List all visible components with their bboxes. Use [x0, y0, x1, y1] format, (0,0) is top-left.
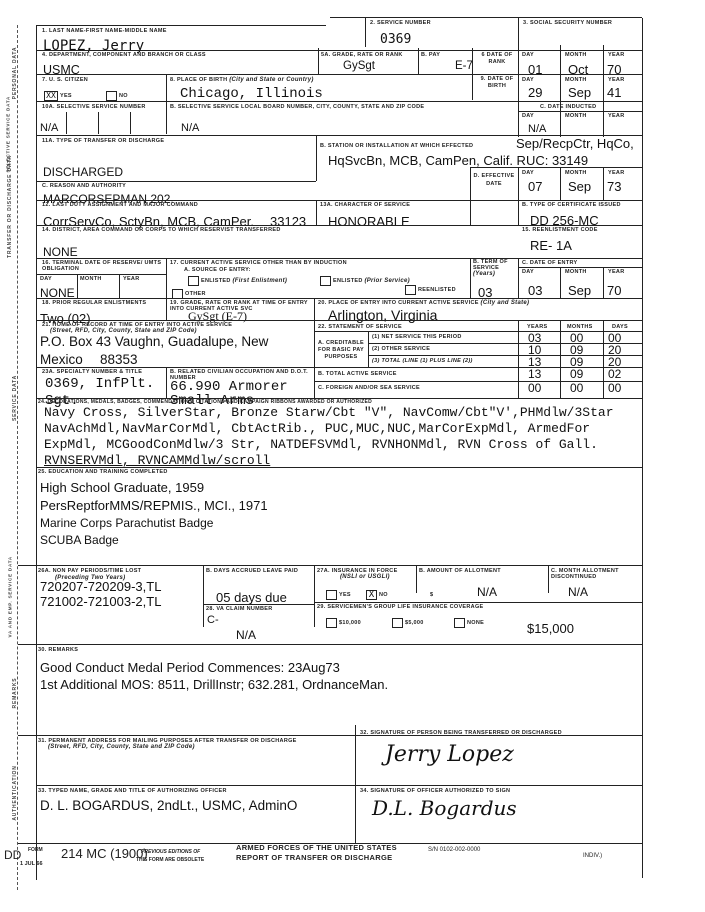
label-entry-month: Month [565, 269, 587, 275]
value-active-months[interactable]: 09 [570, 367, 583, 381]
label-terminal-year: Year [123, 276, 139, 282]
value-allotment-discontinued[interactable]: N/A [568, 585, 588, 599]
signature-officer: D.L. Bogardus [372, 796, 517, 820]
sgli-none-checkbox[interactable] [454, 618, 465, 628]
label-current-active-service: 17. Current active service other than by… [170, 260, 347, 266]
value-education-line2[interactable]: PersReptforMMS/REPMIS., MCI., 1971 [40, 498, 268, 513]
footer-form-number: 214 MC (1900) [61, 846, 148, 861]
value-home-of-record-zip[interactable]: 88353 [100, 352, 138, 367]
label-other-service: (2) Other service [372, 346, 430, 352]
label-date-inducted: c. Date inducted [540, 104, 596, 110]
label-total-active-service: b. Total active service [318, 371, 397, 377]
label-dor-month: Month [565, 52, 587, 58]
side-label-va-emp: VA AND EMP. SERVICE DATA [8, 568, 13, 638]
value-date-inducted[interactable]: N/A [528, 123, 546, 135]
label-date-of-entry: c. Date of entry [522, 260, 578, 266]
value-entry-year[interactable]: 70 [607, 283, 621, 298]
label-sgli-10000: $10,000 [339, 620, 361, 626]
sgli-5000-checkbox[interactable] [392, 618, 403, 628]
reenlisted-checkbox[interactable] [405, 285, 416, 295]
label-total-service: (3) Total (Line (1) plus Line (2)) [372, 358, 473, 364]
label-sgli: 29. Servicemen's group life insurance co… [317, 604, 484, 610]
label-reason: c. Reason and authority [42, 183, 126, 189]
footer-title-2: REPORT OF TRANSFER OR DISCHARGE [236, 853, 392, 862]
label-place-of-birth: 8. Place of birth (City and State or Cou… [170, 77, 314, 83]
value-pay[interactable]: E-7 [455, 60, 473, 72]
value-accrued-leave[interactable]: 05 days due [216, 590, 287, 605]
label-citizen-yes: Yes [60, 93, 72, 99]
value-dob-day[interactable]: 29 [528, 85, 542, 100]
label-allotment-discontinued: c. Month allotment discontinued [551, 568, 641, 580]
value-grade[interactable]: GySgt [343, 60, 375, 72]
label-transfer-type: 11a. Type of transfer or discharge [42, 138, 164, 144]
value-va-claim[interactable]: N/A [236, 628, 256, 642]
footer-copy: INDIV.) [583, 853, 602, 859]
label-citizen-no: No [119, 93, 128, 99]
label-specialty: 23a. Specialty number & title [42, 369, 142, 375]
label-sgli-5000: $5,000 [405, 620, 424, 626]
label-dob-day: Day [522, 77, 534, 83]
sgli-10000-checkbox[interactable] [326, 618, 337, 628]
value-station-line1[interactable]: Sep/RecpCtr, HqCo, [516, 136, 634, 151]
value-eff-month[interactable]: Sep [568, 179, 591, 194]
label-authorizing-officer: 33. Typed name, grade and title of autho… [38, 788, 227, 794]
value-reenlistment-code[interactable]: RE- 1A [530, 238, 572, 253]
label-education: 25. Education and training completed [38, 469, 168, 475]
label-accrued-leave: b. Days accrued leave paid [206, 568, 298, 574]
insurance-no-checkbox[interactable]: X [366, 590, 377, 600]
value-active-years[interactable]: 13 [528, 367, 541, 381]
label-reenlistment-code: 15. Reenlistment code [522, 227, 598, 233]
label-department: 4. Department, component and branch or c… [42, 52, 206, 58]
value-education-line3[interactable]: Marine Corps Parachutist Badge [40, 516, 213, 530]
signature-person: Jerry Lopez [385, 742, 514, 767]
label-remarks: 30. Remarks [38, 647, 78, 653]
label-foreign-sea-service: c. Foreign and/or sea service [318, 385, 420, 391]
value-foreign-months[interactable]: 00 [570, 381, 583, 395]
label-dob-month: Month [565, 77, 587, 83]
label-ss-number: 10a. Selective service number [42, 104, 146, 110]
footer-form-word: FORM [28, 847, 43, 853]
label-entry-year: Year [608, 269, 624, 275]
label-allotment-amount: b. Amount of allotment [419, 568, 501, 574]
label-station: b. Station or installation at which effe… [320, 143, 473, 149]
label-character-of-service: 13a. Character of service [320, 202, 410, 208]
value-station-line2[interactable]: HqSvcBn, MCB, CamPen, Calif. RUC: 33149 [328, 153, 588, 168]
label-other-entry: Other [185, 291, 206, 297]
label-terminal-date: 16. Terminal date of reserve/ UMTS oblig… [42, 260, 167, 272]
label-citizen: 7. U. S. Citizen [42, 77, 88, 83]
label-prior-enlistments: 18. Prior regular enlistments [42, 300, 146, 306]
value-transfer-type[interactable]: DISCHARGED [43, 165, 123, 179]
label-source-of-entry: a. Source of entry: [184, 267, 251, 273]
header-months: Months [567, 324, 593, 330]
label-dob-year: Year [608, 77, 624, 83]
value-service-number[interactable]: 0369 [380, 32, 411, 47]
label-name: 1. Last name-first name-middle name [42, 28, 167, 34]
label-pay: b. Pay [421, 52, 440, 58]
label-term-of-service: b. Term of service (Years) [473, 259, 515, 277]
label-eff-year: Year [608, 170, 624, 176]
value-remarks-line1[interactable]: Good Conduct Medal Period Commences: 23A… [40, 660, 340, 675]
label-entry-day: Day [522, 269, 534, 275]
label-signature-person: 32. Signature of person being transferre… [360, 730, 562, 736]
footer-title-1: ARMED FORCES OF THE UNITED STATES [236, 843, 397, 852]
footer-previous-editions-1: PREVIOUS EDITIONS OF [141, 849, 200, 855]
label-insurance-sub: (NSLI or USGLI) [340, 574, 390, 580]
value-home-of-record-line2[interactable]: Mexico [40, 352, 83, 367]
footer-dd: DD [4, 848, 21, 862]
value-decorations-line1[interactable]: Navy Cross, SilverStar, Bronze Starw/Cbt… [44, 405, 614, 420]
value-district[interactable]: NONE [43, 245, 78, 259]
value-dob-year[interactable]: 41 [607, 85, 621, 100]
value-active-days[interactable]: 02 [608, 367, 621, 381]
value-character-of-service[interactable]: HONORABLE [328, 214, 410, 229]
footer-date: 1 JUL 66 [20, 861, 43, 867]
va-claim-prefix: C- [207, 614, 219, 626]
label-grade: 5a. Grade, rate or rank [321, 52, 403, 58]
label-statement-of-service: 22. Statement of service [318, 324, 402, 330]
value-ss-board[interactable]: N/A [181, 122, 199, 134]
label-terminal-month: Month [80, 276, 102, 282]
value-sgli[interactable]: $15,000 [527, 621, 574, 636]
label-last-duty: 12. Last duty assignment and major comma… [42, 202, 198, 208]
label-district: 14. District, area command or corps to w… [42, 227, 281, 233]
label-date-of-rank: 6 Date of rank [478, 52, 516, 66]
citizen-yes-checkbox[interactable]: XX [44, 91, 58, 101]
value-non-pay-line1[interactable]: 720207-720209-3,TL [40, 579, 161, 594]
value-home-of-record-line1[interactable]: P.O. Box 43 Vaughn, Guadalupe, New [40, 334, 268, 349]
label-date-of-birth: 9. Date of birth [478, 76, 516, 90]
label-creditable: a. Creditable for basic pay purposes [316, 340, 366, 361]
label-inducted-month: Month [565, 113, 587, 119]
value-authorizing-officer[interactable]: D. L. BOGARDUS, 2ndLt., USMC, AdminO [40, 798, 297, 813]
label-inducted-year: Year [608, 113, 624, 119]
label-dor-year: Year [608, 52, 624, 58]
value-specialty-line1[interactable]: 0369, InfPlt. [45, 376, 154, 392]
footer-previous-editions-2: THIS FORM ARE OBSOLETE [136, 857, 204, 863]
value-entry-month[interactable]: Sep [568, 283, 591, 298]
enlisted-first-checkbox[interactable] [188, 276, 199, 286]
label-net-service: (1) Net service this period [372, 334, 462, 340]
label-insurance-yes: Yes [339, 592, 351, 598]
footer-sn: S/N 0102-002-0000 [428, 847, 480, 853]
value-dob-month[interactable]: Sep [568, 85, 591, 100]
citizen-no-checkbox[interactable] [106, 91, 117, 101]
label-enlisted-prior: Enlisted (Prior Service) [333, 278, 410, 284]
value-remarks-line2[interactable]: 1st Additional MOS: 8511, DrillInstr; 63… [40, 677, 388, 692]
label-va-claim: 28. VA claim number [206, 606, 273, 612]
label-dor-day: Day [522, 52, 534, 58]
label-terminal-day: Day [40, 276, 52, 282]
label-certificate-type: b. Type of certificate issued [522, 202, 621, 208]
value-ss-number[interactable]: N/A [40, 122, 58, 134]
label-place-of-entry: 20. Place of entry into current active s… [318, 300, 529, 306]
value-non-pay-line2[interactable]: 721002-721003-2,TL [40, 594, 161, 609]
label-sgli-none: None [467, 620, 484, 626]
label-enlisted-first: Enlisted (First Enlistment) [201, 278, 287, 284]
label-non-pay-periods: 26a. Non pay periods/time lost [38, 568, 141, 574]
value-decorations-line3[interactable]: ExpMdl, MCGoodConMdlw/3 Str, NATDEFSVMdl… [44, 437, 598, 452]
value-decorations-line4[interactable]: RVNSERVMdl, RVNCAMMdlw/scroll [44, 453, 270, 468]
value-foreign-years[interactable]: 00 [528, 381, 541, 395]
value-decorations-line2[interactable]: NavAchMdl,NavMarCorMdl, CbtActRib., PUC,… [44, 421, 590, 436]
allotment-currency: $ [430, 592, 433, 598]
label-insurance-no: No [379, 592, 388, 598]
insurance-yes-checkbox[interactable] [326, 590, 337, 600]
value-foreign-days[interactable]: 00 [608, 381, 621, 395]
value-place-of-birth[interactable]: Chicago, Illinois [180, 86, 323, 102]
label-eff-day: Day [522, 170, 534, 176]
label-eff-month: Month [565, 170, 587, 176]
enlisted-prior-checkbox[interactable] [320, 276, 331, 286]
label-signature-officer: 34. Signature of officer authorized to s… [360, 788, 510, 794]
value-education-line1[interactable]: High School Graduate, 1959 [40, 480, 204, 495]
value-eff-day[interactable]: 07 [528, 179, 542, 194]
value-education-line4[interactable]: SCUBA Badge [40, 533, 119, 547]
label-permanent-address-sub: (Street, RFD, City, County, State and ZI… [48, 744, 195, 750]
side-label-transfer-discharge: TRANSFER OR DISCHARGE DATA [7, 168, 13, 258]
label-effective-date: d. Effective date [472, 172, 516, 188]
label-reenlisted: Reenlisted [418, 287, 456, 293]
header-years: Years [527, 324, 547, 330]
label-ss-board: b. Selective service local board number,… [170, 104, 424, 110]
header-days: Days [612, 324, 628, 330]
value-allotment-amount[interactable]: N/A [477, 585, 497, 599]
label-service-number: 2. Service number [370, 20, 431, 26]
label-inducted-day: Day [522, 113, 534, 119]
value-entry-day[interactable]: 03 [528, 283, 542, 298]
value-eff-year[interactable]: 73 [607, 179, 621, 194]
label-ssn: 3. Social security number [523, 20, 612, 26]
